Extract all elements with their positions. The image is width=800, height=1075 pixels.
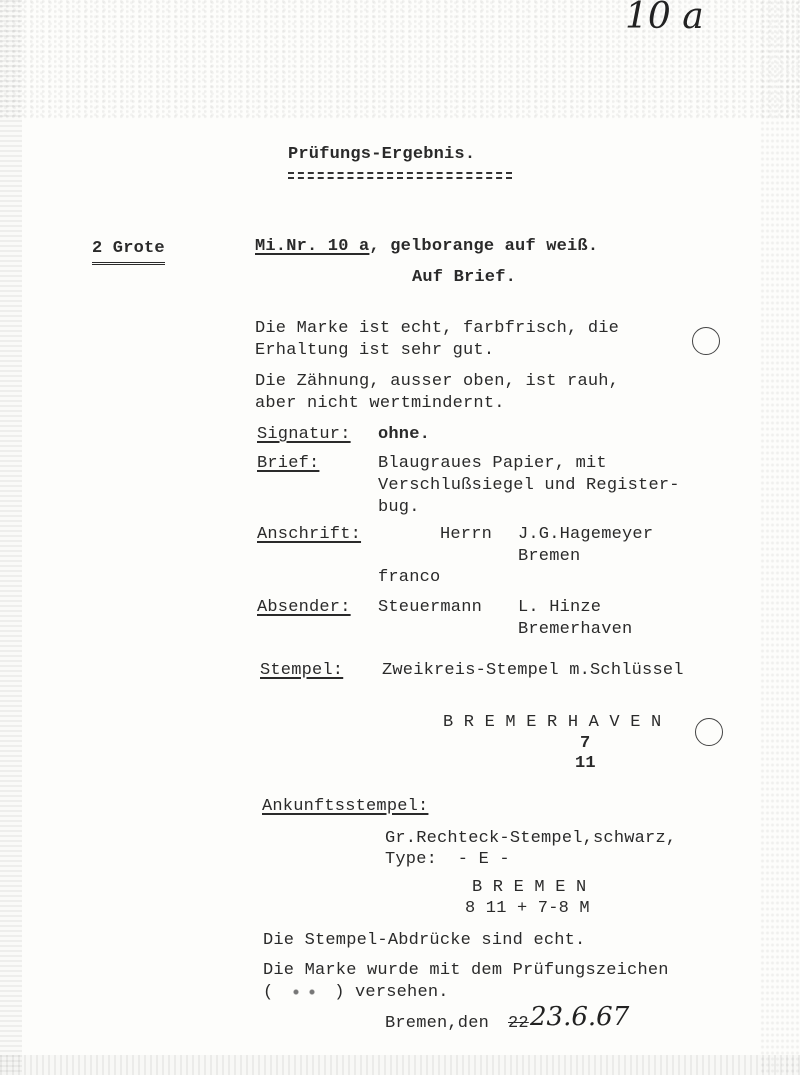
signoff-date: 23.6.67 [530, 1002, 629, 1032]
stamp-id: Mi.Nr. 10 a [255, 237, 369, 256]
para2-line1: Die Zähnung, ausser oben, ist rauh, [255, 371, 619, 393]
absender-name: L. Hinze [518, 597, 601, 619]
anschrift-label: Anschrift: [257, 524, 361, 546]
anschrift-city: Bremen [518, 546, 580, 568]
anschrift-name: J.G.Hagemeyer [518, 524, 653, 546]
anschrift-note: franco [378, 567, 440, 589]
title-underline-1 [288, 172, 512, 174]
brief-line1: Blaugraues Papier, mit [378, 453, 607, 475]
closing-versehen: versehen. [355, 983, 449, 1002]
stempel-day: 7 [580, 733, 590, 755]
absender-city: Bremerhaven [518, 619, 632, 641]
closing-line3: ( ) versehen. [263, 982, 449, 1004]
hole-punch-circle-2 [695, 718, 723, 746]
ankunft-town: B R E M E N [472, 877, 586, 899]
ankunft-line2: Type: - E - [385, 849, 510, 871]
scan-noise-right [760, 0, 800, 1075]
para1-line2: Erhaltung ist sehr gut. [255, 340, 494, 362]
para2-line2: aber nicht wertmindernt. [255, 393, 505, 415]
signoff-place: Bremen,den [385, 1013, 489, 1035]
scan-noise-bottom [0, 1055, 800, 1075]
hole-punch-circle [692, 327, 720, 355]
stempel-month: 11 [575, 753, 596, 775]
absender-label: Absender: [257, 597, 351, 619]
stempel-label: Stempel: [260, 660, 343, 682]
title-underline-2 [288, 177, 512, 179]
left-label: 2 Grote [92, 238, 165, 265]
ankunft-date: 8 11 + 7-8 M [465, 898, 590, 920]
closing-line2: Die Marke wurde mit dem Prüfungszeichen [263, 960, 669, 982]
brief-line2: Verschlußsiegel und Register- [378, 475, 680, 497]
ankunft-label: Ankunftsstempel: [262, 796, 428, 818]
scan-noise-left [0, 0, 22, 1075]
document-title: Prüfungs-Ergebnis. [288, 144, 475, 166]
examiner-mark-icon [284, 983, 324, 1001]
on-letter: Auf Brief. [412, 267, 516, 289]
stamp-color: , gelborange auf weiß. [369, 237, 598, 256]
stempel-value: Zweikreis-Stempel m.Schlüssel [382, 660, 684, 682]
signoff-struck: 22 [508, 1013, 529, 1035]
signatur-value: ohne. [378, 424, 430, 446]
handwritten-page-number: 10 a [625, 0, 704, 37]
brief-label: Brief: [257, 453, 319, 475]
signatur-label: Signatur: [257, 424, 351, 446]
para1-line1: Die Marke ist echt, farbfrisch, die [255, 318, 619, 340]
closing-line1: Die Stempel-Abdrücke sind echt. [263, 930, 585, 952]
anschrift-prefix: Herrn [440, 524, 492, 546]
ankunft-line1: Gr.Rechteck-Stempel,schwarz, [385, 828, 676, 850]
stempel-town: B R E M E R H A V E N [443, 712, 661, 734]
absender-prefix: Steuermann [378, 597, 482, 619]
brief-line3: bug. [378, 497, 420, 519]
stamp-heading: Mi.Nr. 10 a, gelborange auf weiß. [255, 236, 598, 258]
